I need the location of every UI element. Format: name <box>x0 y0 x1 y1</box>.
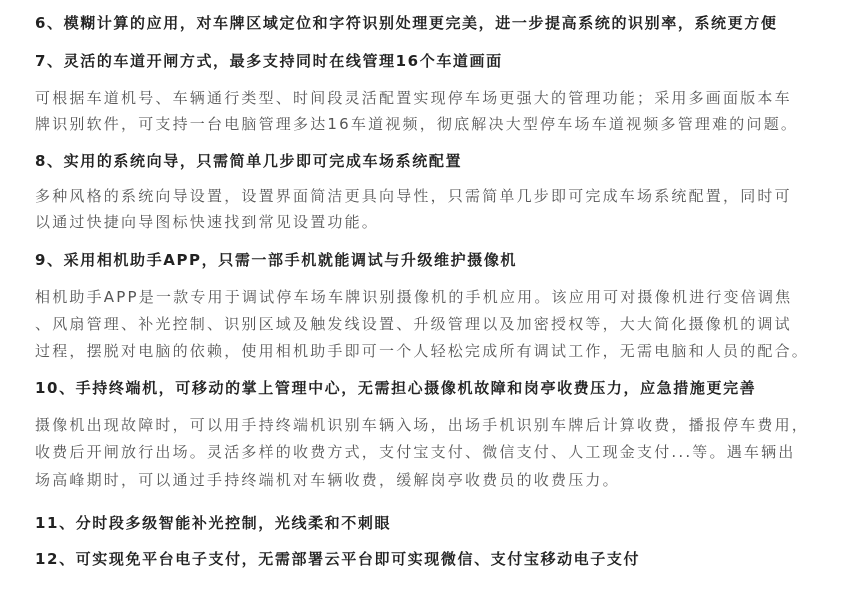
section-7-heading: 7、灵活的车道开闸方式，最多支持同时在线管理16个车道画面 <box>35 50 503 71</box>
section-8-body-line-1: 多种风格的系统向导设置，设置界面简洁更具向导性，只需简单几步即可完成车场系统配置… <box>35 185 792 206</box>
section-11-heading: 11、分时段多级智能补光控制，光线柔和不刺眼 <box>35 512 391 533</box>
section-8-body-line-2: 以通过快捷向导图标快速找到常见设置功能。 <box>35 211 379 232</box>
section-9-heading: 9、采用相机助手APP，只需一部手机就能调试与升级维护摄像机 <box>35 249 517 270</box>
section-10-heading: 10、手持终端机，可移动的掌上管理中心，无需担心摄像机故障和岗亭收费压力，应急措… <box>35 377 756 398</box>
section-9-body-line-2: 、风扇管理、补光控制、识别区域及触发线设置、升级管理以及加密授权等，大大简化摄像… <box>35 313 792 334</box>
section-10-body-line-1: 摄像机出现故障时，可以用手持终端机识别车辆入场，出场手机识别车牌后计算收费，播报… <box>35 414 809 435</box>
section-10-body-line-2: 收费后开闸放行出场。灵活多样的收费方式，支付宝支付、微信支付、人工现金支付...… <box>35 441 796 462</box>
section-6-heading: 6、模糊计算的应用，对车牌区域定位和字符识别处理更完美，进一步提高系统的识别率，… <box>35 12 777 33</box>
section-9-body-line-1: 相机助手APP是一款专用于调试停车场车牌识别摄像机的手机应用。该应用可对摄像机进… <box>35 286 792 307</box>
section-10-body-line-3: 场高峰期时，可以通过手持终端机对车辆收费，缓解岗亭收费员的收费压力。 <box>35 469 620 490</box>
section-12-heading: 12、可实现免平台电子支付，无需部署云平台即可实现微信、支付宝移动电子支付 <box>35 548 640 569</box>
section-7-body-line-1: 可根据车道机号、车辆通行类型、时间段灵活配置实现停车场更强大的管理功能；采用多画… <box>35 87 792 108</box>
section-7-body-line-2: 牌识别软件，可支持一台电脑管理多达16车道视频，彻底解决大型停车场车道视频多管理… <box>35 113 798 134</box>
section-9-body-line-3: 过程，摆脱对电脑的依赖，使用相机助手即可一个人轻松完成所有调试工作，无需电脑和人… <box>35 340 809 361</box>
section-8-heading: 8、实用的系统向导，只需简单几步即可完成车场系统配置 <box>35 150 462 171</box>
